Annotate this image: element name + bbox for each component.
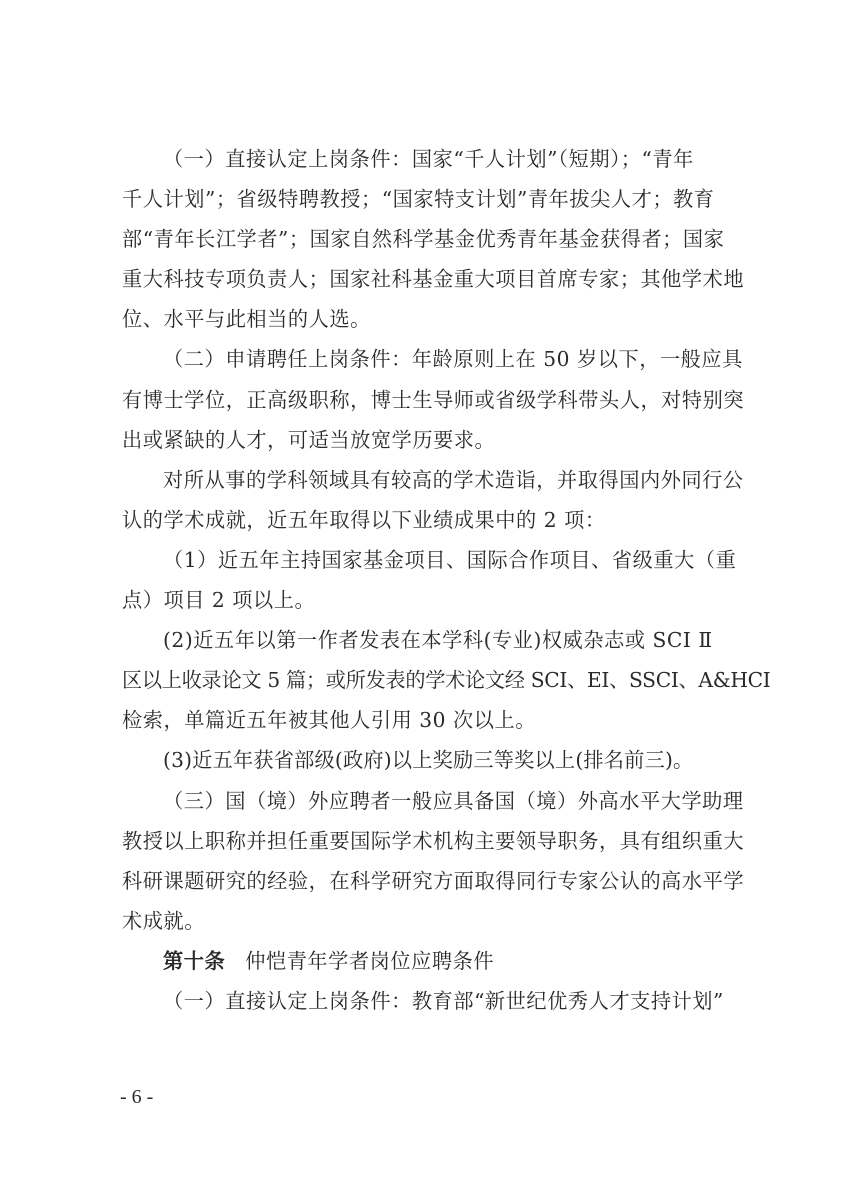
paragraph-line: 科研课题研究的经验，在科学研究方面取得同行专家公认的高水平学 [122, 861, 730, 901]
paragraph-line: 检索，单篇近五年被其他人引用 30 次以上。 [122, 700, 730, 740]
article-heading: 第十条仲恺青年学者岗位应聘条件 [122, 941, 730, 981]
document-page: （一）直接认定上岗条件：国家“千人计划”（短期）；“青年 千人计划”；省级特聘教… [0, 0, 848, 1200]
paragraph-line: 点）项目 2 项以上。 [122, 580, 730, 620]
page-number: - 6 - [120, 1086, 153, 1109]
paragraph-line: 位、水平与此相当的人选。 [122, 299, 730, 339]
paragraph-line: 有博士学位，正高级职称，博士生导师或省级学科带头人，对特别突 [122, 380, 730, 420]
paragraph-line: （一）直接认定上岗条件：国家“千人计划”（短期）；“青年 [122, 139, 730, 179]
article-title: 仲恺青年学者岗位应聘条件 [245, 949, 494, 973]
paragraph-line: （一）直接认定上岗条件：教育部“新世纪优秀人才支持计划” [122, 981, 730, 1021]
paragraph-line: 部“青年长江学者”；国家自然科学基金优秀青年基金获得者；国家 [122, 219, 730, 259]
paragraph-line: (3)近五年获省部级(政府)以上奖励三等奖以上(排名前三)。 [122, 740, 730, 780]
paragraph-line: （1）近五年主持国家基金项目、国际合作项目、省级重大（重 [122, 540, 730, 580]
paragraph-line: 出或紧缺的人才，可适当放宽学历要求。 [122, 420, 730, 460]
paragraph-line: （三）国（境）外应聘者一般应具备国（境）外高水平大学助理 [122, 781, 730, 821]
paragraph-line: 术成就。 [122, 901, 730, 941]
paragraph-line: 认的学术成就，近五年取得以下业绩成果中的 2 项： [122, 500, 730, 540]
document-body: （一）直接认定上岗条件：国家“千人计划”（短期）；“青年 千人计划”；省级特聘教… [122, 139, 730, 1021]
paragraph-line: (2)近五年以第一作者发表在本学科(专业)权威杂志或 SCI Ⅱ [122, 620, 730, 660]
paragraph-line: （二）申请聘任上岗条件：年龄原则上在 50 岁以下，一般应具 [122, 339, 730, 379]
article-number: 第十条 [163, 949, 225, 973]
paragraph-line: 区以上收录论文 5 篇；或所发表的学术论文经 SCI、EI、SSCI、A&HCI [122, 660, 730, 700]
paragraph-line: 教授以上职称并担任重要国际学术机构主要领导职务，具有组织重大 [122, 821, 730, 861]
paragraph-line: 重大科技专项负责人；国家社科基金重大项目首席专家；其他学术地 [122, 259, 730, 299]
paragraph-line: 千人计划”；省级特聘教授；“国家特支计划”青年拔尖人才；教育 [122, 179, 730, 219]
paragraph-line: 对所从事的学科领域具有较高的学术造诣，并取得国内外同行公 [122, 460, 730, 500]
